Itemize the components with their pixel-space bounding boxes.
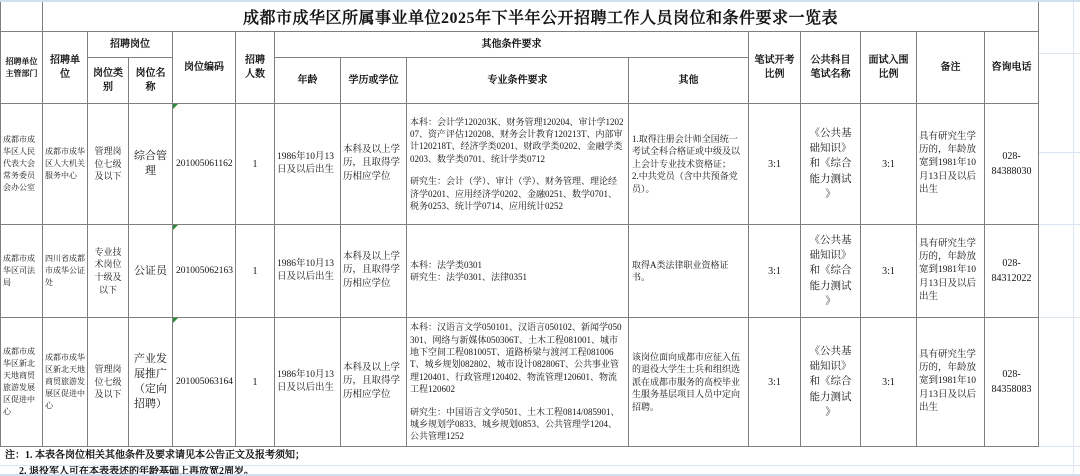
recruitment-table: 成都市成华区所属事业单位2025年下半年公开招聘工作人员岗位和条件要求一览表 招… xyxy=(0,0,1039,447)
title-row: 成都市成华区所属事业单位2025年下半年公开招聘工作人员岗位和条件要求一览表 xyxy=(1,1,1039,32)
age-cell: 1986年10月13日及以后出生 xyxy=(275,104,341,225)
table-row: 成都市成华区新北天地商贸旅游发展区促进中心 成都市成华区新北天地商贸旅游发展区促… xyxy=(1,318,1039,447)
headcount-cell: 1 xyxy=(236,318,275,447)
col-header-post-name: 岗位名称 xyxy=(129,58,173,104)
col-header-post-code: 岗位编码 xyxy=(173,32,236,104)
col-header-remark: 备注 xyxy=(917,32,985,104)
sheet-gridline xyxy=(1039,53,1080,54)
post-name-cell: 综合管理 xyxy=(129,104,173,225)
phone-cell: 028-84358083 xyxy=(985,318,1039,447)
green-triangle-icon xyxy=(173,318,178,323)
sheet-edge-highlight xyxy=(0,0,1080,2)
interview-ratio-cell: 3:1 xyxy=(861,104,917,225)
subject-cell: 《公共基础知识》和《综合能力测试》 xyxy=(801,104,861,225)
col-header-unit: 招聘单位 xyxy=(43,32,88,104)
sheet-gridline xyxy=(1039,224,1080,225)
other-req-cell: 取得A类法律职业资格证书。 xyxy=(629,225,749,318)
green-triangle-icon xyxy=(173,225,178,230)
table-row: 成都市成华区司法局 四川省成都市成华公证处 专业技术岗位十级及以下 公证员 20… xyxy=(1,225,1039,318)
written-ratio-cell: 3:1 xyxy=(749,225,801,318)
headcount-cell: 1 xyxy=(236,104,275,225)
table-title: 成都市成华区所属事业单位2025年下半年公开招聘工作人员岗位和条件要求一览表 xyxy=(43,1,1039,32)
table-row: 成都市成华区人民代表大会常务委员会办公室 成都市成华区人大机关服务中心 管理岗位… xyxy=(1,104,1039,225)
dept-cell: 成都市成华区司法局 xyxy=(1,225,43,318)
major-graduate: 研究生：法学0301、法律0351 xyxy=(410,271,625,283)
interview-ratio-cell: 3:1 xyxy=(861,225,917,318)
headcount-cell: 1 xyxy=(236,225,275,318)
col-header-written-ratio: 笔试开考比例 xyxy=(749,32,801,104)
remark-cell: 具有研究生学历的，年龄放宽到1981年10月13日及以后出生 xyxy=(917,225,985,318)
sheet-gridline xyxy=(1039,446,1080,447)
post-name-cell: 产业发展推广（定向招聘） xyxy=(129,318,173,447)
header-group-row: 招聘单位主管部门 招聘单位 招聘岗位 岗位编码 招聘人数 其他条件要求 笔试开考… xyxy=(1,32,1039,58)
phone-cell: 028-84312022 xyxy=(985,225,1039,318)
post-code-value: 201005063164 xyxy=(176,377,233,387)
major-cell: 本科：汉语言文学050101、汉语言050102、新闻学050301、网络与新媒… xyxy=(407,318,629,447)
education-cell: 本科及以上学历，且取得学历相应学位 xyxy=(341,104,407,225)
interview-ratio-cell: 3:1 xyxy=(861,318,917,447)
col-header-major: 专业条件要求 xyxy=(407,58,629,104)
post-name-cell: 公证员 xyxy=(129,225,173,318)
title-left-spacer xyxy=(1,1,43,32)
col-header-interview-ratio: 面试入围比例 xyxy=(861,32,917,104)
post-code-cell: 201005063164 xyxy=(173,318,236,447)
col-header-written-subject: 公共科目笔试名称 xyxy=(801,32,861,104)
post-code-value: 201005061162 xyxy=(176,159,233,169)
major-graduate: 研究生：中国语言文学0501、土木工程0814/085901、城乡规划学0833… xyxy=(410,406,625,443)
sheet-gridline xyxy=(1039,152,1080,153)
unit-cell: 成都市成华区人大机关服务中心 xyxy=(43,104,88,225)
dept-cell: 成都市成华区新北天地商贸旅游发展区促进中心 xyxy=(1,318,43,447)
col-header-other: 其他 xyxy=(629,58,749,104)
col-header-dept: 招聘单位主管部门 xyxy=(1,32,43,104)
col-header-headcount: 招聘人数 xyxy=(236,32,275,104)
major-bachelor: 本科：法学类0301 xyxy=(410,259,625,271)
col-header-education: 学历或学位 xyxy=(341,58,407,104)
subject-cell: 《公共基础知识》和《综合能力测试》 xyxy=(801,225,861,318)
remark-cell: 具有研究生学历的，年龄放宽到1981年10月13日及以后出生 xyxy=(917,318,985,447)
written-ratio-cell: 3:1 xyxy=(749,104,801,225)
post-code-cell: 201005062163 xyxy=(173,225,236,318)
col-header-phone: 咨询电话 xyxy=(985,32,1039,104)
other-req-cell: 该岗位面向成都市应征入伍的退役大学生士兵和组织选派在成都市服务的高校毕业生服务基… xyxy=(629,318,749,447)
major-graduate: 研究生：会计（学）、审计（学）、财务管理、理论经济学0201、应用经济学0202… xyxy=(410,175,625,212)
sheet-gridline xyxy=(0,465,1080,466)
education-cell: 本科及以上学历，且取得学历相应学位 xyxy=(341,225,407,318)
spreadsheet-page: 成都市成华区所属事业单位2025年下半年公开招聘工作人员岗位和条件要求一览表 招… xyxy=(0,0,1080,476)
col-header-other-group: 其他条件要求 xyxy=(275,32,749,58)
education-cell: 本科及以上学历，且取得学历相应学位 xyxy=(341,318,407,447)
phone-cell: 028-84388030 xyxy=(985,104,1039,225)
remark-cell: 具有研究生学历的，年龄放宽到1981年10月13日及以后出生 xyxy=(917,104,985,225)
category-cell: 专业技术岗位十级及以下 xyxy=(88,225,129,318)
major-bachelor: 本科：汉语言文学050101、汉语言050102、新闻学050301、网络与新媒… xyxy=(410,321,625,395)
note-line-1: 注：1. 本表各岗位相关其他条件及要求请见本公告正文及报考须知； xyxy=(5,448,305,464)
subject-cell: 《公共基础知识》和《综合能力测试》 xyxy=(801,318,861,447)
post-code-value: 201005062163 xyxy=(176,266,233,276)
major-bachelor: 本科：会计学120203K、财务管理120204、审计学120207、资产评估1… xyxy=(410,116,625,166)
written-ratio-cell: 3:1 xyxy=(749,318,801,447)
unit-cell: 四川省成都市成华公证处 xyxy=(43,225,88,318)
age-cell: 1986年10月13日及以后出生 xyxy=(275,225,341,318)
category-cell: 管理岗位七级及以下 xyxy=(88,318,129,447)
unit-cell: 成都市成华区新北天地商贸旅游发展区促进中心 xyxy=(43,318,88,447)
major-cell: 本科：法学类0301 研究生：法学0301、法律0351 xyxy=(407,225,629,318)
col-header-post-category: 岗位类别 xyxy=(88,58,129,104)
sheet-gridline xyxy=(1039,317,1080,318)
age-cell: 1986年10月13日及以后出生 xyxy=(275,318,341,447)
post-code-cell: 201005061162 xyxy=(173,104,236,225)
col-header-post-group: 招聘岗位 xyxy=(88,32,173,58)
dept-cell: 成都市成华区人民代表大会常务委员会办公室 xyxy=(1,104,43,225)
other-req-cell: 1.取得注册会计师全国统一考试全科合格证或中级及以上会计专业技术资格证； 2.中… xyxy=(629,104,749,225)
category-cell: 管理岗位七级及以下 xyxy=(88,104,129,225)
footnotes: 注：1. 本表各岗位相关其他条件及要求请见本公告正文及报考须知； 2. 退役军人… xyxy=(5,448,305,476)
col-header-age: 年龄 xyxy=(275,58,341,104)
sheet-gridline xyxy=(1073,0,1074,476)
green-triangle-icon xyxy=(173,104,178,109)
major-cell: 本科：会计学120203K、财务管理120204、审计学120207、资产评估1… xyxy=(407,104,629,225)
